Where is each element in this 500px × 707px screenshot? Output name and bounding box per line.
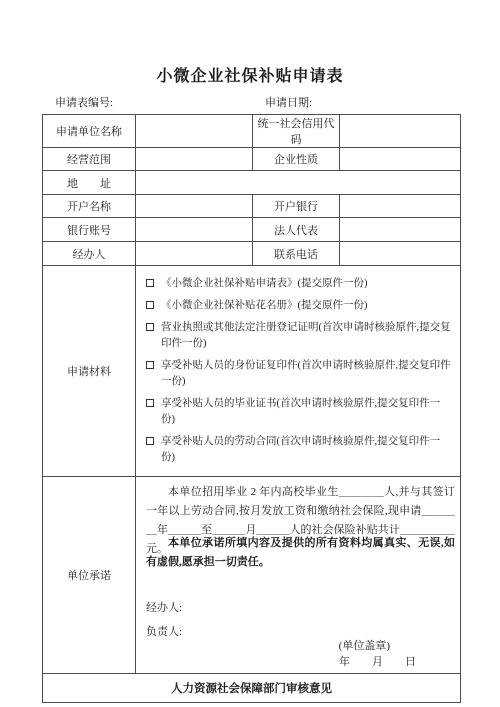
checkbox-icon — [146, 301, 154, 309]
table-row: 银行账号 法人代表 — [43, 218, 461, 242]
material-item-text: 《小微企业社保补贴花名册》(提交原件一份) — [161, 298, 368, 314]
application-table: 申请单位名称 统一社会信用代码 经营范围 企业性质 地 址 开户名称 开户银行 — [42, 114, 461, 703]
page-title: 小微企业社保补贴申请表 — [0, 0, 500, 86]
bank-account-label: 银行账号 — [43, 218, 136, 242]
legal-representative-label: 法人代表 — [253, 218, 340, 242]
handler-label: 经办人 — [43, 242, 136, 266]
material-item-text: 营业执照或其他法定注册登记证明(首次申请时核验原件,提交复印件一份) — [161, 320, 454, 352]
review-section-title: 人力资源社会保障部门审核意见 — [43, 674, 461, 703]
commitment-section-label: 单位承诺 — [43, 477, 136, 674]
material-item-text: 《小微企业社保补贴申请表》(提交原件一份) — [161, 276, 368, 292]
checkbox-icon — [146, 437, 154, 445]
enterprise-nature-value — [340, 148, 461, 171]
material-item: 《小微企业社保补贴申请表》(提交原件一份) — [146, 276, 454, 292]
address-value — [136, 171, 461, 195]
commitment-row: 单位承诺 本单位招用毕业 2 年内高校毕业生＿＿＿＿人,并与其签订一年以上劳动合… — [43, 477, 461, 674]
material-item-text: 享受补贴人员的毕业证书(首次申请时核验原件,提交复印件一份) — [161, 396, 454, 428]
review-row: 人力资源社会保障部门审核意见 — [43, 674, 461, 703]
material-item: 《小微企业社保补贴花名册》(提交原件一份) — [146, 298, 454, 314]
bank-name-label: 开户银行 — [253, 195, 340, 218]
handler-value — [136, 242, 253, 266]
material-item: 享受补贴人员的身份证复印件(首次申请时核验原件,提交复印件一份) — [146, 358, 454, 390]
checkbox-icon — [146, 279, 154, 287]
checkbox-icon — [146, 323, 154, 331]
table-row: 经营范围 企业性质 — [43, 148, 461, 171]
meta-row: 申请表编号: 申请日期: — [42, 94, 460, 110]
material-item: 享受补贴人员的劳动合同(首次申请时核验原件,提交复印件一份) — [146, 434, 454, 466]
unit-seal-label: (单位盖章) — [339, 637, 390, 653]
material-item-text: 享受补贴人员的身份证复印件(首次申请时核验原件,提交复印件一份) — [161, 358, 454, 390]
commitment-content: 本单位招用毕业 2 年内高校毕业生＿＿＿＿人,并与其签订一年以上劳动合同,按月发… — [136, 477, 461, 674]
table-row: 开户名称 开户银行 — [43, 195, 461, 218]
account-name-label: 开户名称 — [43, 195, 136, 218]
application-date-label: 申请日期: — [265, 94, 312, 110]
materials-list: 《小微企业社保补贴申请表》(提交原件一份) 《小微企业社保补贴花名册》(提交原件… — [136, 266, 461, 477]
material-item: 营业执照或其他法定注册登记证明(首次申请时核验原件,提交复印件一份) — [146, 320, 454, 352]
legal-representative-value — [340, 218, 461, 242]
table-row: 经办人 联系电话 — [43, 242, 461, 266]
business-scope-value — [136, 148, 253, 171]
credit-code-value — [340, 115, 461, 148]
form-number-label: 申请表编号: — [55, 94, 113, 110]
commitment-statement: 本单位承诺所填内容及提供的所有资料均属真实、无误,如有虚假,愿承担一切责任。 — [146, 534, 455, 572]
account-name-value — [136, 195, 253, 218]
table-row: 申请单位名称 统一社会信用代码 — [43, 115, 461, 148]
bank-name-value — [340, 195, 461, 218]
contact-phone-value — [340, 242, 461, 266]
credit-code-label: 统一社会信用代码 — [253, 115, 340, 148]
business-scope-label: 经营范围 — [43, 148, 136, 171]
checkbox-icon — [146, 399, 154, 407]
form-page: 小微企业社保补贴申请表 申请表编号: 申请日期: 申请单位名称 统一社会信用代码… — [0, 0, 500, 707]
commitment-wrap: 本单位招用毕业 2 年内高校毕业生＿＿＿＿人,并与其签订一年以上劳动合同,按月发… — [136, 477, 460, 673]
company-name-value — [136, 115, 253, 148]
materials-section-label: 申请材料 — [43, 266, 136, 477]
checkbox-icon — [146, 361, 154, 369]
handler-signature-label: 经办人: — [146, 599, 182, 615]
table-row: 地 址 — [43, 171, 461, 195]
company-name-label: 申请单位名称 — [43, 115, 136, 148]
bank-account-value — [136, 218, 253, 242]
materials-row: 申请材料 《小微企业社保补贴申请表》(提交原件一份) 《小微企业社保补贴花名册》… — [43, 266, 461, 477]
enterprise-nature-label: 企业性质 — [253, 148, 340, 171]
address-label: 地 址 — [43, 171, 136, 195]
material-item-text: 享受补贴人员的劳动合同(首次申请时核验原件,提交复印件一份) — [161, 434, 454, 466]
date-fill-line: 年 月 日 — [339, 653, 416, 669]
material-item: 享受补贴人员的毕业证书(首次申请时核验原件,提交复印件一份) — [146, 396, 454, 428]
contact-phone-label: 联系电话 — [253, 242, 340, 266]
manager-signature-label: 负责人: — [146, 623, 182, 639]
